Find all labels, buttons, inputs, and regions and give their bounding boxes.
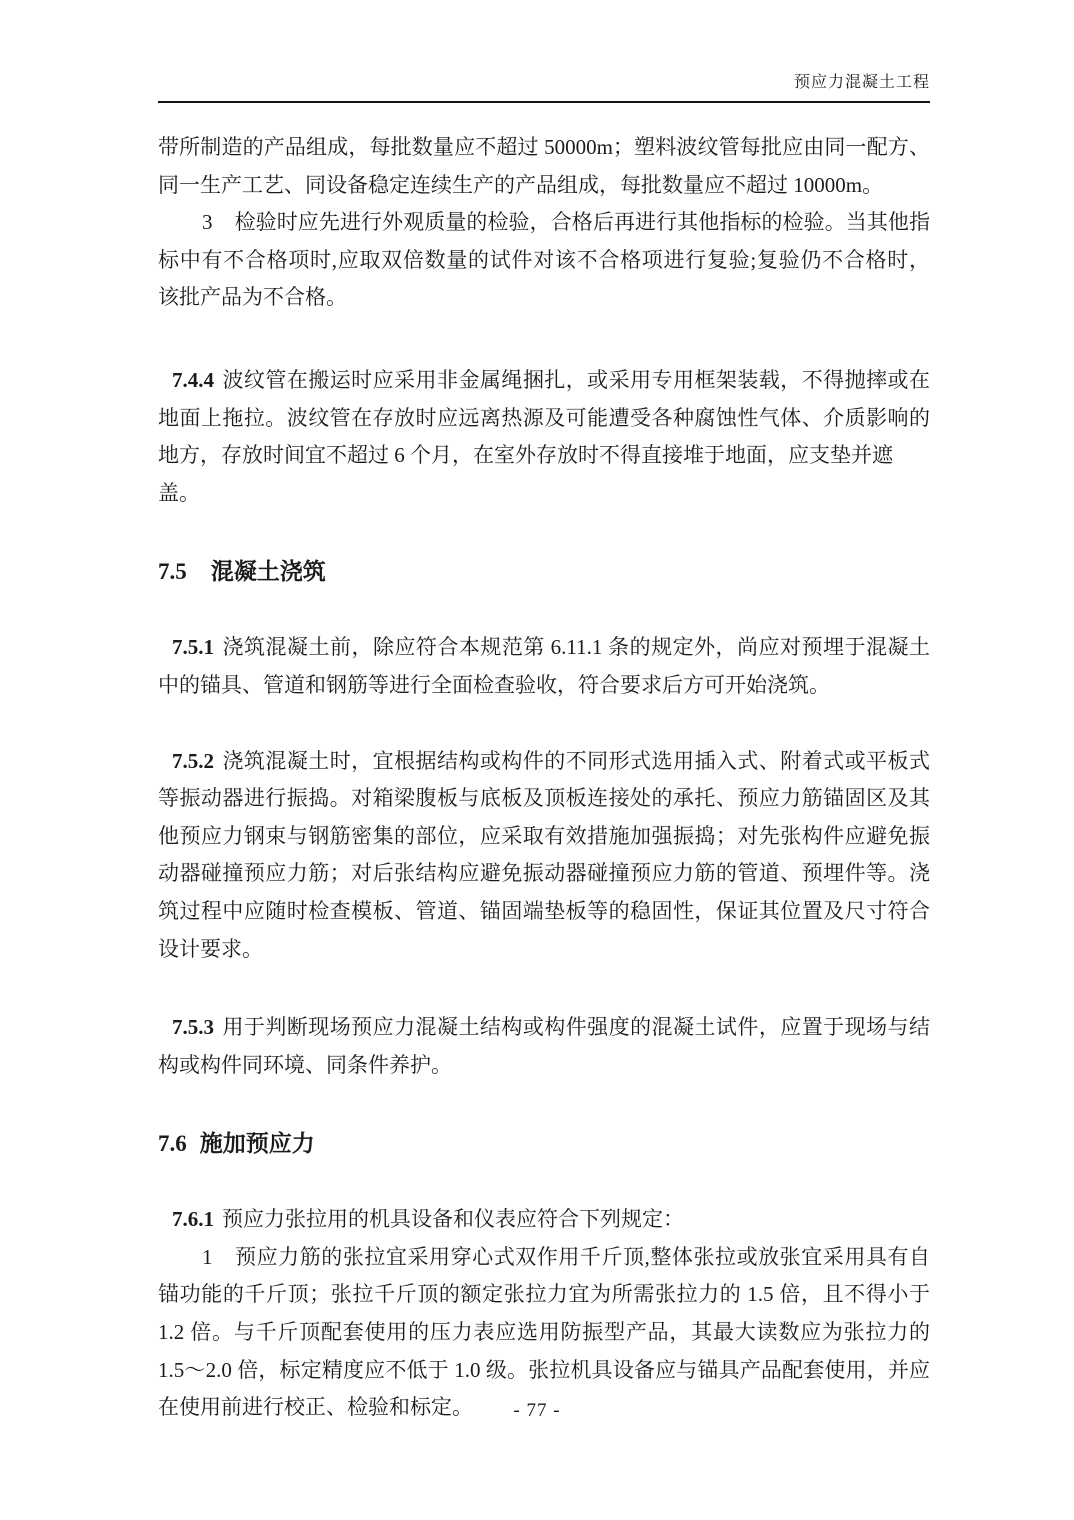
text-line: 7.6.1预应力张拉用的机具设备和仪表应符合下列规定： [158,1201,930,1239]
paragraph-continuation: 带所制造的产品组成，每批数量应不超过 50000m；塑料波纹管每批应由同一配方、… [158,129,930,317]
section-heading-7-6: 7.6施加预应力 [158,1124,930,1164]
text-line: 等振动器进行振捣。对箱梁腹板与底板及顶板连接处的承托、预应力筋锚固区及其 [158,780,930,818]
text-line: 1.5～2.0 倍，标定精度应不低于 1.0 级。张拉机具设备应与锚具产品配套使… [158,1352,930,1390]
section-title: 施加预应力 [200,1131,315,1156]
text-line: 标中有不合格项时,应取双倍数量的试件对该不合格项进行复验;复验仍不合格时， [158,242,930,280]
paragraph-7-6-1: 7.6.1预应力张拉用的机具设备和仪表应符合下列规定： 1预应力筋的张拉宜采用穿… [158,1201,930,1427]
clause-number: 7.4.4 [172,368,214,392]
text-line: 筑过程中应随时检查模板、管道、锚固端垫板等的稳固性，保证其位置及尺寸符合 [158,893,930,931]
text-line: 地面上拖拉。波纹管在存放时应远离热源及可能遭受各种腐蚀性气体、介质影响的 [158,400,930,438]
text-line: 动器碰撞预应力筋；对后张结构应避免振动器碰撞预应力筋的管道、预埋件等。浇 [158,855,930,893]
text-line: 同一生产工艺、同设备稳定连续生产的产品组成，每批数量应不超过 10000m。 [158,167,930,205]
text-line: 7.5.2浇筑混凝土时，宜根据结构或构件的不同形式选用插入式、附着式或平板式 [158,743,930,781]
section-title: 混凝土浇筑 [211,559,326,584]
running-header: 预应力混凝土工程 [158,70,930,103]
text-line: 构或构件同环境、同条件养护。 [158,1047,930,1085]
text-line: 1.2 倍。与千斤顶配套使用的压力表应选用防振型产品，其最大读数应为张拉力的 [158,1314,930,1352]
document-page: 预应力混凝土工程 带所制造的产品组成，每批数量应不超过 50000m；塑料波纹管… [0,0,1074,1520]
text-line: 中的锚具、管道和钢筋等进行全面检查验收，符合要求后方可开始浇筑。 [158,667,930,705]
paragraph-7-5-3: 7.5.3用于判断现场预应力混凝土结构或构件强度的混凝土试件，应置于现场与结 构… [158,1009,930,1084]
text-line: 该批产品为不合格。 [158,279,930,317]
text-line: 7.5.1浇筑混凝土前，除应符合本规范第 6.11.1 条的规定外，尚应对预埋于… [158,629,930,667]
text-line: 他预应力钢束与钢筋密集的部位，应采取有效措施加强振捣；对先张构件应避免振 [158,818,930,856]
page-number: - 77 - [513,1400,560,1421]
paragraph-7-4-4: 7.4.4波纹管在搬运时应采用非金属绳捆扎，或采用专用框架装载，不得抛摔或在 地… [158,362,930,512]
paragraph-7-5-1: 7.5.1浇筑混凝土前，除应符合本规范第 6.11.1 条的规定外，尚应对预埋于… [158,629,930,704]
section-number: 7.6 [158,1131,187,1156]
page-body: 带所制造的产品组成，每批数量应不超过 50000m；塑料波纹管每批应由同一配方、… [158,129,930,1427]
text-line: 1预应力筋的张拉宜采用穿心式双作用千斤顶,整体张拉或放张宜采用具有自 [158,1239,930,1277]
item-number: 3 [202,210,213,234]
text-line: 7.4.4波纹管在搬运时应采用非金属绳捆扎，或采用专用框架装载，不得抛摔或在 [158,362,930,400]
item-number: 1 [202,1245,213,1269]
page-footer: - 77 - [0,1400,1074,1422]
section-heading-7-5: 7.5混凝土浇筑 [158,552,930,592]
text-line: 7.5.3用于判断现场预应力混凝土结构或构件强度的混凝土试件，应置于现场与结 [158,1009,930,1047]
clause-number: 7.5.3 [172,1015,214,1039]
header-title: 预应力混凝土工程 [794,74,930,91]
text-line: 地方，存放时间宜不超过 6 个月，在室外存放时不得直接堆于地面，应支垫并遮盖。 [158,437,930,512]
text-line: 3检验时应先进行外观质量的检验，合格后再进行其他指标的检验。当其他指 [158,204,930,242]
text-line: 带所制造的产品组成，每批数量应不超过 50000m；塑料波纹管每批应由同一配方、 [158,129,930,167]
section-number: 7.5 [158,559,187,584]
clause-number: 7.5.2 [172,749,214,773]
text-line: 锚功能的千斤顶；张拉千斤顶的额定张拉力宜为所需张拉力的 1.5 倍，且不得小于 [158,1276,930,1314]
clause-number: 7.5.1 [172,635,214,659]
text-line: 设计要求。 [158,931,930,969]
clause-number: 7.6.1 [172,1207,214,1231]
paragraph-7-5-2: 7.5.2浇筑混凝土时，宜根据结构或构件的不同形式选用插入式、附着式或平板式 等… [158,743,930,969]
